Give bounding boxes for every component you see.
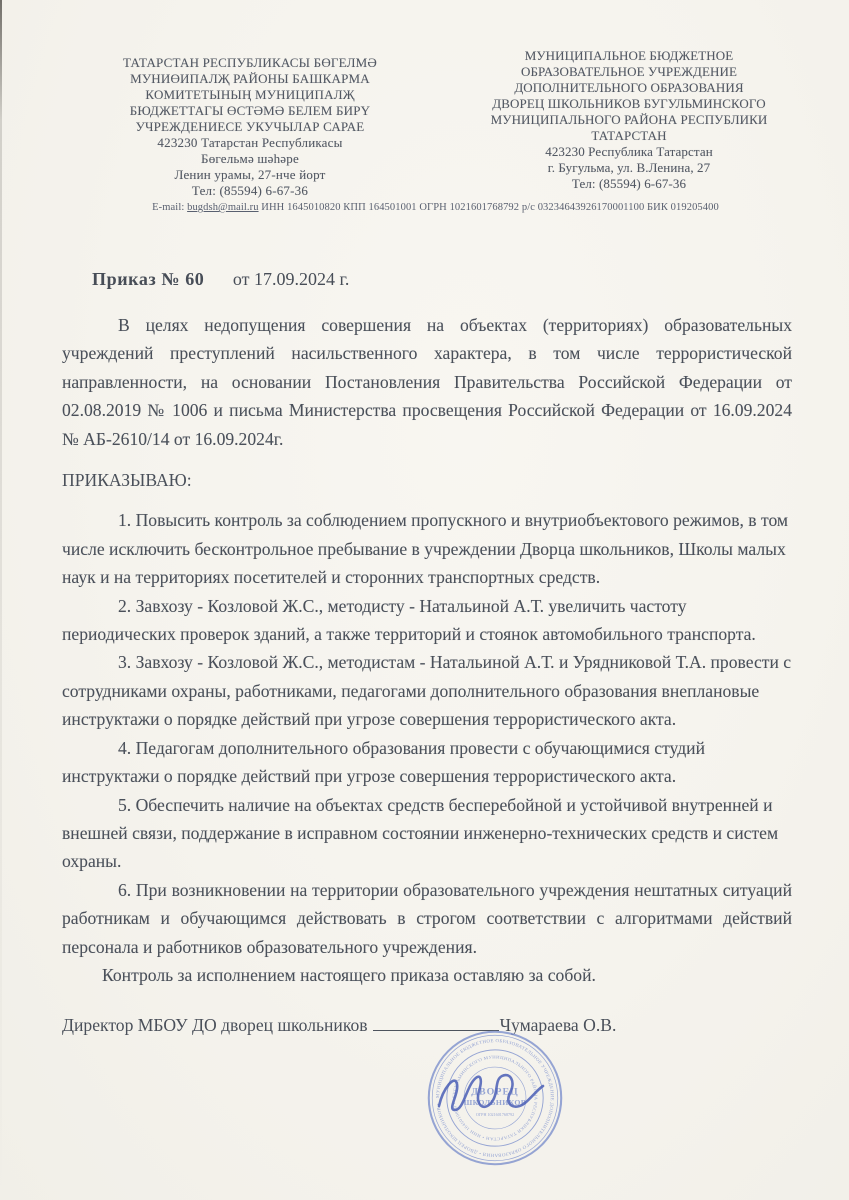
order-item-4: 4. Педагогам дополнительного образования… [62, 734, 792, 791]
handwritten-signature [431, 1064, 571, 1124]
order-number: Приказ № 60 [92, 269, 204, 289]
org-line: МУНИӨИПАЛҖ РАЙОНЫ БАШКАРМА [80, 71, 420, 87]
letterhead: ТАТАРСТАН РЕСПУБЛИКАСЫ БӨГЕЛМӘ МУНИӨИПАЛ… [0, 0, 849, 199]
email-address: bugdsh@mail.ru [187, 202, 258, 213]
org-line: МУНИЦИПАЛЬНОЕ БЮДЖЕТНОЕ [443, 48, 815, 64]
org-address-line: 423230 Республика Татарстан [443, 144, 815, 160]
order-item-3: 3. Завхозу - Козловой Ж.С., методистам -… [62, 648, 792, 733]
intro-paragraph: В целях недопущения совершения на объект… [62, 311, 792, 453]
email-label: E-mail: [152, 202, 184, 213]
org-line: ДОПОЛНИТЕЛЬНОГО ОБРАЗОВАНИЯ [443, 80, 815, 96]
org-line: ОБРАЗОВАТЕЛЬНОЕ УЧРЕЖДЕНИЕ [443, 64, 815, 80]
org-address-line: г. Бугульма, ул. В.Ленина, 27 [443, 160, 815, 176]
signature-stroke [439, 1075, 543, 1110]
org-line: ТАТАРСТАН РЕСПУБЛИКАСЫ БӨГЕЛМӘ [80, 55, 420, 71]
org-line: БЮДЖЕТТАГЫ ӨСТӘМӘ БЕЛЕМ БИРҮ [80, 103, 420, 119]
org-line: МУНИЦИПАЛЬНОГО РАЙОНА РЕСПУБЛИКИ [443, 112, 815, 128]
order-item-6: 6. При возникновении на территории образ… [62, 876, 792, 961]
scan-edge-artifact [0, 0, 2, 1200]
order-item-1: 1. Повысить контроль за соблюдением проп… [62, 506, 792, 591]
order-body: Приказ № 60 от 17.09.2024 г. В целях нед… [62, 269, 792, 1040]
org-phone-line: Тел: (85594) 6-67-36 [80, 183, 420, 199]
control-paragraph: Контроль за исполнением настоящего прика… [62, 961, 792, 989]
org-block-russian: МУНИЦИПАЛЬНОЕ БЮДЖЕТНОЕ ОБРАЗОВАТЕЛЬНОЕ … [443, 48, 815, 199]
scanned-order-document: ТАТАРСТАН РЕСПУБЛИКАСЫ БӨГЕЛМӘ МУНИӨИПАЛ… [0, 0, 849, 1200]
org-line: КОМИТЕТЫНЫҢ МУНИЦИПАЛҖ [80, 87, 420, 103]
signature-role: Директор МБОУ ДО дворец школьников [62, 1015, 368, 1035]
org-line: ДВОРЕЦ ШКОЛЬНИКОВ БУГУЛЬМИНСКОГО [443, 96, 815, 112]
org-block-tatar: ТАТАРСТАН РЕСПУБЛИКАСЫ БӨГЕЛМӘ МУНИӨИПАЛ… [80, 48, 420, 199]
org-address-line: Бөгельмә шәһәре [80, 151, 420, 167]
org-line: УЧРЕЖДЕНИЕСЕ УКУЧЫЛАР САРАЕ [80, 119, 420, 135]
org-address-line: 423230 Татарстан Республикасы [80, 135, 420, 151]
order-date: от 17.09.2024 г. [233, 269, 349, 289]
org-phone-line: Тел: (85594) 6-67-36 [443, 176, 815, 192]
bank-requisites: ИНН 1645010820 КПП 164501001 ОГРН 102160… [261, 202, 719, 213]
org-line: ТАТАРСТАН [443, 128, 815, 144]
org-address-line: Ленин урамы, 27-нче йорт [80, 167, 420, 183]
order-item-2: 2. Завхозу - Козловой Ж.С., методисту - … [62, 592, 792, 649]
order-item-5: 5. Обеспечить наличие на объектах средст… [62, 791, 792, 876]
requisites-line: E-mail: bugdsh@mail.ru ИНН 1645010820 КП… [0, 202, 849, 213]
order-items: 1. Повысить контроль за соблюдением проп… [62, 506, 792, 961]
order-number-line: Приказ № 60 от 17.09.2024 г. [92, 269, 792, 290]
directive-word: ПРИКАЗЫВАЮ: [62, 466, 792, 494]
